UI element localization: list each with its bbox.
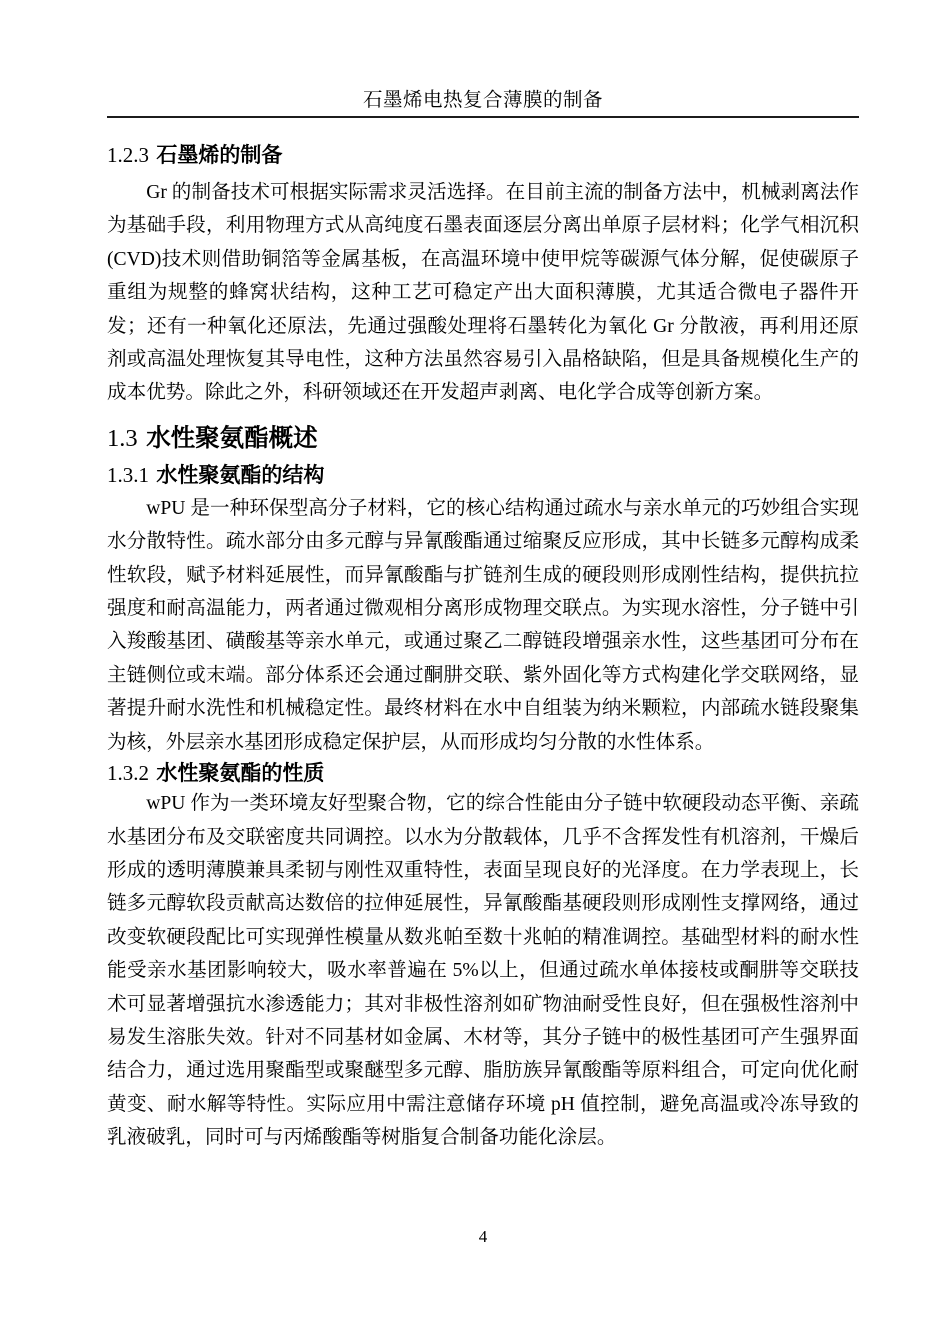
section-number-1-3: 1.3	[107, 425, 138, 452]
section-heading-1-3: 1.3水性聚氨酯概述	[107, 422, 859, 455]
section-title-1-3-2: 水性聚氨酯的性质	[156, 762, 324, 785]
document-page: 石墨烯电热复合薄膜的制备 1.2.3石墨烯的制备 Gr 的制备技术可根据实际需求…	[0, 0, 950, 1344]
section-title-1-2-3: 石墨烯的制备	[156, 144, 282, 167]
section-title-1-3: 水性聚氨酯概述	[146, 425, 318, 452]
header-rule	[107, 116, 859, 118]
section-heading-1-3-2: 1.3.2水性聚氨酯的性质	[107, 758, 859, 789]
page-number: 4	[107, 1226, 859, 1248]
section-number-1-3-1: 1.3.1	[107, 463, 149, 487]
section-title-1-3-1: 水性聚氨酯的结构	[156, 464, 324, 487]
paragraph-wpu-properties: wPU 作为一类环境友好型聚合物，它的综合性能由分子链中软硬段动态平衡、亲疏水基…	[107, 787, 859, 1154]
paragraph-wpu-structure: wPU 是一种环保型高分子材料，它的核心结构通过疏水与亲水单元的巧妙组合实现水分…	[107, 492, 859, 759]
page-content: 石墨烯电热复合薄膜的制备 1.2.3石墨烯的制备 Gr 的制备技术可根据实际需求…	[107, 88, 859, 1155]
page-header: 石墨烯电热复合薄膜的制备	[107, 88, 859, 118]
section-number-1-2-3: 1.2.3	[107, 143, 149, 167]
section-heading-1-2-3: 1.2.3石墨烯的制备	[107, 140, 859, 171]
paragraph-graphene-preparation: Gr 的制备技术可根据实际需求灵活选择。在目前主流的制备方法中，机械剥离法作为基…	[107, 176, 859, 410]
section-number-1-3-2: 1.3.2	[107, 761, 149, 785]
page-header-title: 石墨烯电热复合薄膜的制备	[107, 88, 859, 114]
section-heading-1-3-1: 1.3.1水性聚氨酯的结构	[107, 460, 859, 491]
